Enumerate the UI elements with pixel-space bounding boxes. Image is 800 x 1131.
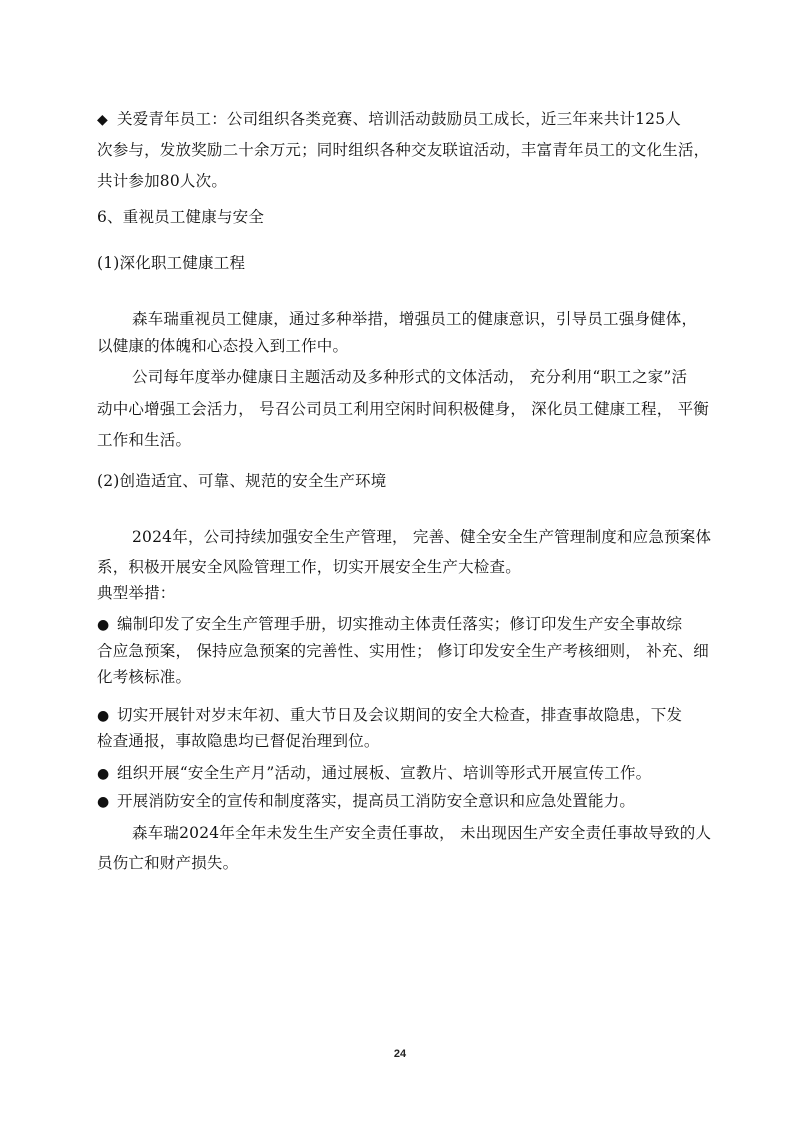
document-page: ◆关爱青年员工：公司组织各类竞赛、培训活动鼓励员工成长，近三年来共计125人 次…	[0, 0, 800, 1131]
measure-bullet-1-line-3: 化考核标准。	[97, 667, 191, 687]
youth-employee-bullet-line-3: 共计参加80人次。	[97, 171, 227, 191]
health-paragraph-1-line-2: 以健康的体魄和心态投入到工作中。	[97, 336, 348, 356]
health-paragraph-2-line-1: 公司每年度举办健康日主题活动及多种形式的文体活动， 充分利用“职工之家”活	[132, 367, 687, 387]
measure-bullet-3: ●组织开展“安全生产月”活动，通过展板、宣教片、培训等形式开展宣传工作。	[97, 763, 651, 784]
safety-paragraph-line-2: 系，积极开展安全风险管理工作，切实开展安全生产大检查。	[97, 557, 521, 577]
measure-bullet-1-line-1: ●编制印发了安全生产管理手册，切实推动主体责任落实；修订印发生产安全事故综	[97, 614, 682, 635]
subsection-heading-safety: (2)创造适宜、可靠、规范的安全生产环境	[97, 471, 386, 491]
bullet-text: 切实开展针对岁末年初、重大节日及会议期间的安全大检查，排查事故隐患，下发	[117, 706, 682, 724]
measure-bullet-2-line-2: 检查通报，事故隐患均已督促治理到位。	[97, 731, 380, 751]
measures-label: 典型举措：	[97, 583, 176, 603]
circle-bullet-icon: ●	[97, 792, 117, 812]
circle-bullet-icon: ●	[97, 706, 117, 726]
youth-employee-bullet-line-1: ◆关爱青年员工：公司组织各类竞赛、培训活动鼓励员工成长，近三年来共计125人	[97, 109, 681, 130]
measure-bullet-1-line-2: 合应急预案， 保持应急预案的完善性、实用性； 修订印发安全生产考核细则， 补充、…	[97, 641, 709, 661]
bullet-text: 关爱青年员工：公司组织各类竞赛、培训活动鼓励员工成长，近三年来共计125人	[117, 110, 681, 128]
bullet-text: 开展消防安全的宣传和制度落实，提高员工消防安全意识和应急处置能力。	[117, 792, 635, 810]
safety-paragraph-line-1: 2024年，公司持续加强安全生产管理， 完善、健全安全生产管理制度和应急预案体	[132, 527, 711, 547]
subsection-heading-health: (1)深化职工健康工程	[97, 253, 245, 273]
bullet-text: 组织开展“安全生产月”活动，通过展板、宣教片、培训等形式开展宣传工作。	[117, 764, 651, 782]
measure-bullet-4: ●开展消防安全的宣传和制度落实，提高员工消防安全意识和应急处置能力。	[97, 791, 635, 812]
youth-employee-bullet-line-2: 次参与，发放奖励二十余万元；同时组织各种交友联谊活动，丰富青年员工的文化生活，	[97, 140, 709, 160]
health-paragraph-2-line-3: 工作和生活。	[97, 430, 191, 450]
page-number: 24	[0, 1048, 800, 1060]
section-heading: 6、重视员工健康与安全	[97, 207, 264, 227]
diamond-bullet-icon: ◆	[97, 110, 117, 130]
conclusion-line-1: 森车瑞2024年全年未发生生产安全责任事故， 未出现因生产安全责任事故导致的人	[132, 823, 711, 843]
circle-bullet-icon: ●	[97, 615, 117, 635]
health-paragraph-1-line-1: 森车瑞重视员工健康，通过多种举措，增强员工的健康意识，引导员工强身健体，	[132, 309, 697, 329]
conclusion-line-2: 员伤亡和财产损失。	[97, 853, 238, 873]
bullet-text: 编制印发了安全生产管理手册，切实推动主体责任落实；修订印发生产安全事故综	[117, 615, 682, 633]
circle-bullet-icon: ●	[97, 764, 117, 784]
measure-bullet-2-line-1: ●切实开展针对岁末年初、重大节日及会议期间的安全大检查，排查事故隐患，下发	[97, 705, 682, 726]
health-paragraph-2-line-2: 动中心增强工会活力， 号召公司员工利用空闲时间积极健身， 深化员工健康工程， 平…	[97, 399, 709, 419]
